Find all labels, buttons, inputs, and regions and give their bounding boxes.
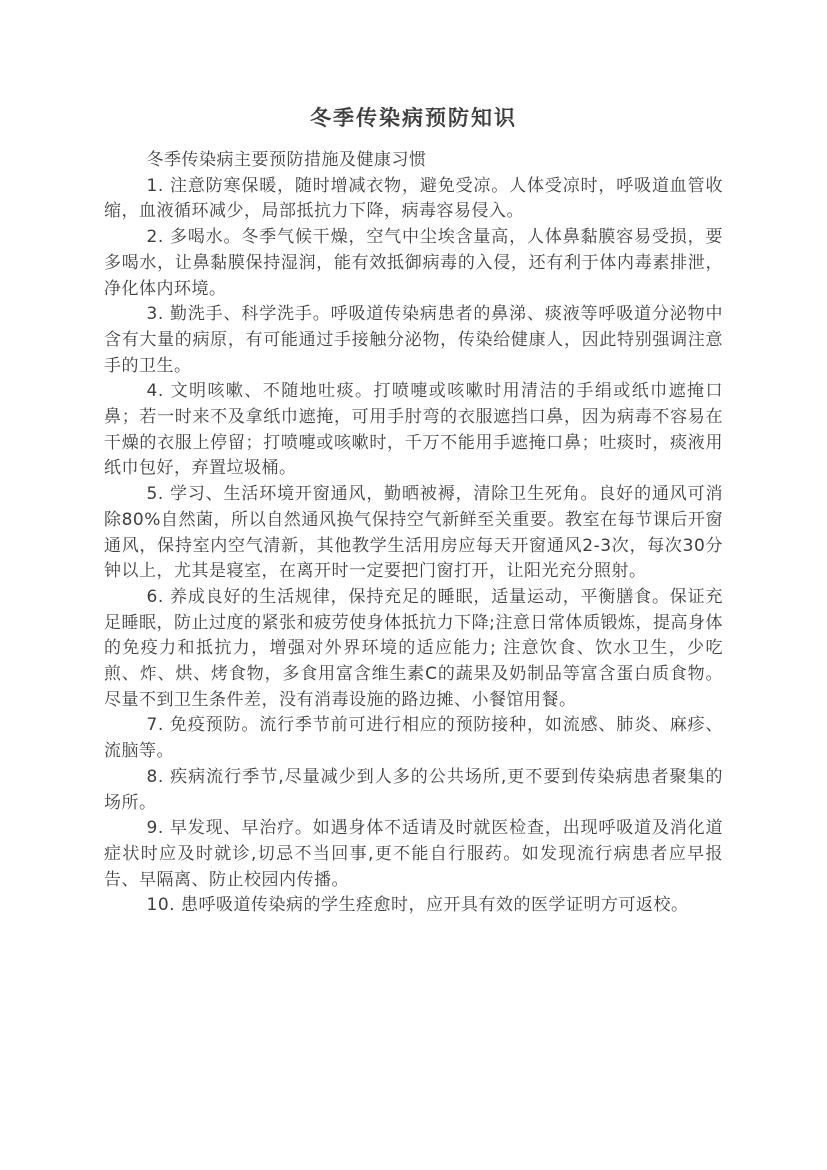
subtitle: 冬季传染病主要预防措施及健康习惯 xyxy=(104,148,723,174)
list-item-4: 4. 文明咳嗽、不随地吐痰。打喷嚏或咳嗽时用清洁的手绢或纸巾遮掩口鼻；若一时来不… xyxy=(104,379,723,482)
document-title: 冬季传染病预防知识 xyxy=(104,103,723,133)
list-item-7: 7. 免疫预防。流行季节前可进行相应的预防接种，如流感、肺炎、麻疹、流脑等。 xyxy=(104,713,723,764)
list-item-3: 3. 勤洗手、科学洗手。呼吸道传染病患者的鼻涕、痰液等呼吸道分泌物中含有大量的病… xyxy=(104,302,723,379)
list-item-8: 8. 疾病流行季节,尽量减少到人多的公共场所,更不要到传染病患者聚集的场所。 xyxy=(104,765,723,816)
list-item-1: 1. 注意防寒保暖，随时增减衣物，避免受凉。人体受凉时，呼吸道血管收缩，血液循环… xyxy=(104,174,723,225)
list-item-6: 6. 养成良好的生活规律，保持充足的睡眠，适量运动，平衡膳食。保证充足睡眠，防止… xyxy=(104,585,723,714)
document-page: 冬季传染病预防知识 冬季传染病主要预防措施及健康习惯 1. 注意防寒保暖，随时增… xyxy=(0,0,827,1170)
list-item-10: 10. 患呼吸道传染病的学生痊愈时，应开具有效的医学证明方可返校。 xyxy=(104,893,723,919)
list-item-2: 2. 多喝水。冬季气候干燥，空气中尘埃含量高，人体鼻黏膜容易受损，要多喝水，让鼻… xyxy=(104,225,723,302)
list-item-9: 9. 早发现、早治疗。如遇身体不适请及时就医检查，出现呼吸道及消化道症状时应及时… xyxy=(104,816,723,893)
list-item-5: 5. 学习、生活环境开窗通风，勤晒被褥，清除卫生死角。良好的通风可消除80%自然… xyxy=(104,482,723,585)
